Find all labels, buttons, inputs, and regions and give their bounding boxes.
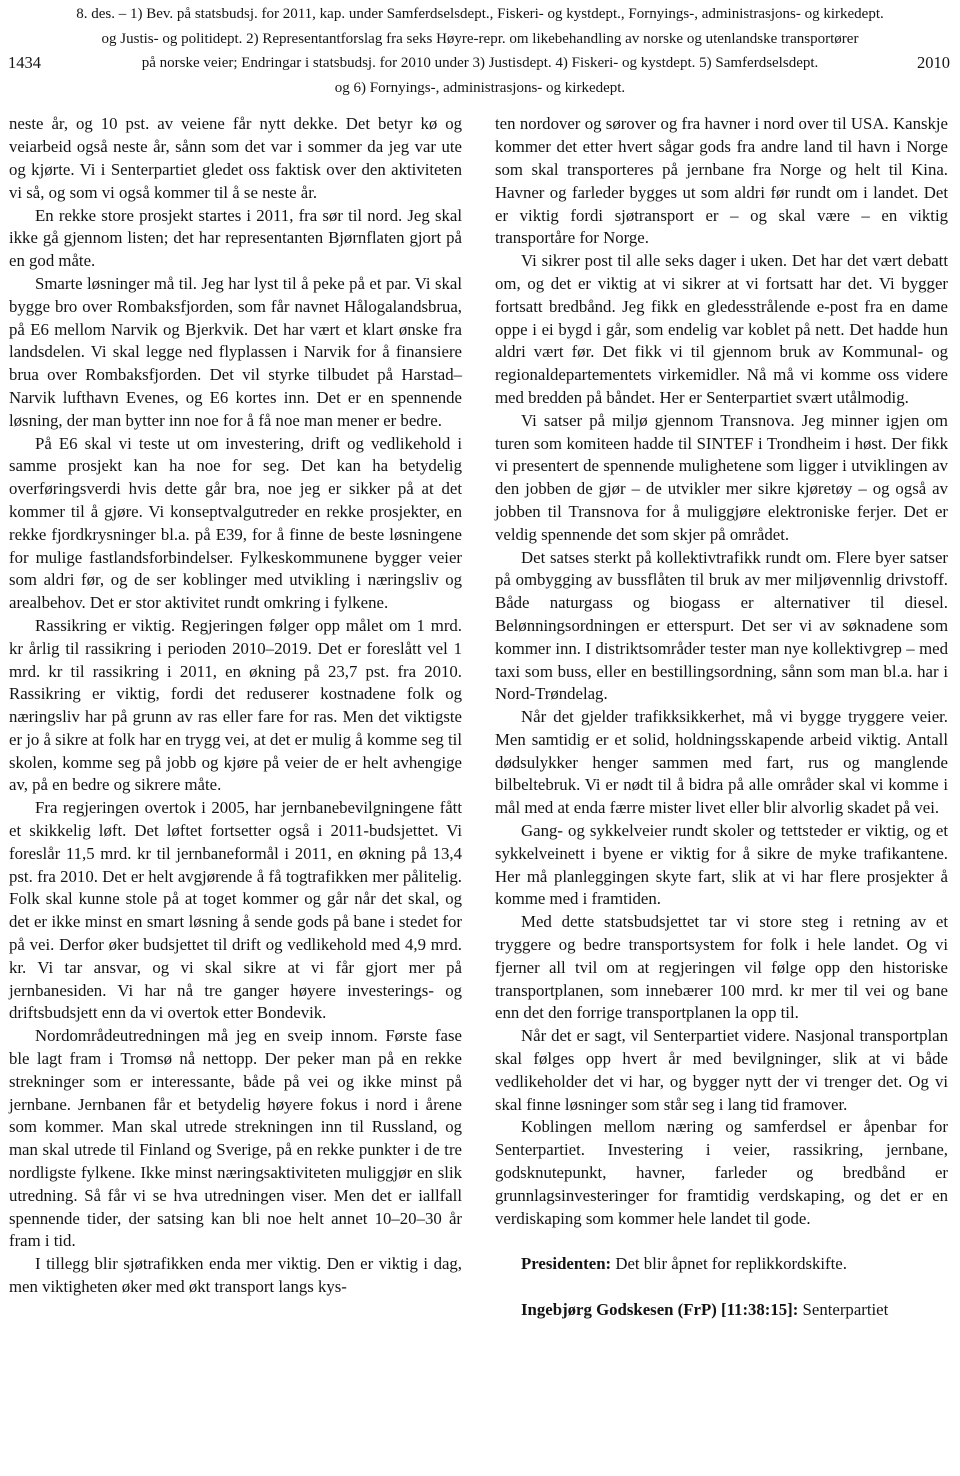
- paragraph: Rassikring er viktig. Regjeringen følger…: [9, 615, 462, 797]
- document-page: 8. des. – 1) Bev. på statsbudsj. for 201…: [0, 0, 960, 1476]
- speech-paragraph: Presidenten: Det blir åpnet for replikko…: [495, 1253, 948, 1276]
- paragraph: Når det er sagt, vil Senterpartiet vider…: [495, 1025, 948, 1116]
- paragraph: I tillegg blir sjøtrafikken enda mer vik…: [9, 1253, 462, 1299]
- paragraph: På E6 skal vi teste ut om investering, d…: [9, 433, 462, 615]
- year-label: 2010: [917, 51, 950, 76]
- header-line-4: og 6) Fornyings-, administrasjons- og ki…: [0, 76, 960, 101]
- speaker-name: Presidenten:: [521, 1254, 611, 1273]
- paragraph: Vi satser på miljø gjennom Transnova. Je…: [495, 410, 948, 547]
- paragraph: En rekke store prosjekt startes i 2011, …: [9, 205, 462, 273]
- text-columns: neste år, og 10 pst. av veiene får nytt …: [0, 113, 960, 1321]
- speaker-name: Ingebjørg Godskesen (FrP) [11:38:15]:: [521, 1300, 798, 1319]
- paragraph: Det satses sterkt på kollektivtrafikk ru…: [495, 547, 948, 707]
- paragraph: Med dette statsbudsjettet tar vi store s…: [495, 911, 948, 1025]
- page-header: 8. des. – 1) Bev. på statsbudsj. for 201…: [0, 0, 960, 100]
- paragraph: Gang- og sykkelveier rundt skoler og tet…: [495, 820, 948, 911]
- paragraph: neste år, og 10 pst. av veiene får nytt …: [9, 113, 462, 204]
- paragraph: Nordområdeutredningen må jeg en sveip in…: [9, 1025, 462, 1253]
- left-column: neste år, og 10 pst. av veiene får nytt …: [9, 113, 462, 1321]
- paragraph: Koblingen mellom næring og samferdsel er…: [495, 1116, 948, 1230]
- paragraph: Når det gjelder trafikksikkerhet, må vi …: [495, 706, 948, 820]
- paragraph: ten nordover og sørover og fra havner i …: [495, 113, 948, 250]
- header-line-3: på norske veier; Endringar i statsbudsj.…: [0, 51, 960, 76]
- page-number: 1434: [8, 51, 41, 76]
- paragraph: Fra regjeringen overtok i 2005, har jern…: [9, 797, 462, 1025]
- header-line-2: og Justis- og politidept. 2) Representan…: [0, 27, 960, 52]
- right-column: ten nordover og sørover og fra havner i …: [495, 113, 948, 1321]
- header-line-1: 8. des. – 1) Bev. på statsbudsj. for 201…: [0, 2, 960, 27]
- paragraph: Vi sikrer post til alle seks dager i uke…: [495, 250, 948, 410]
- paragraph: Smarte løsninger må til. Jeg har lyst ti…: [9, 273, 462, 433]
- speech-paragraph: Ingebjørg Godskesen (FrP) [11:38:15]: Se…: [495, 1299, 948, 1322]
